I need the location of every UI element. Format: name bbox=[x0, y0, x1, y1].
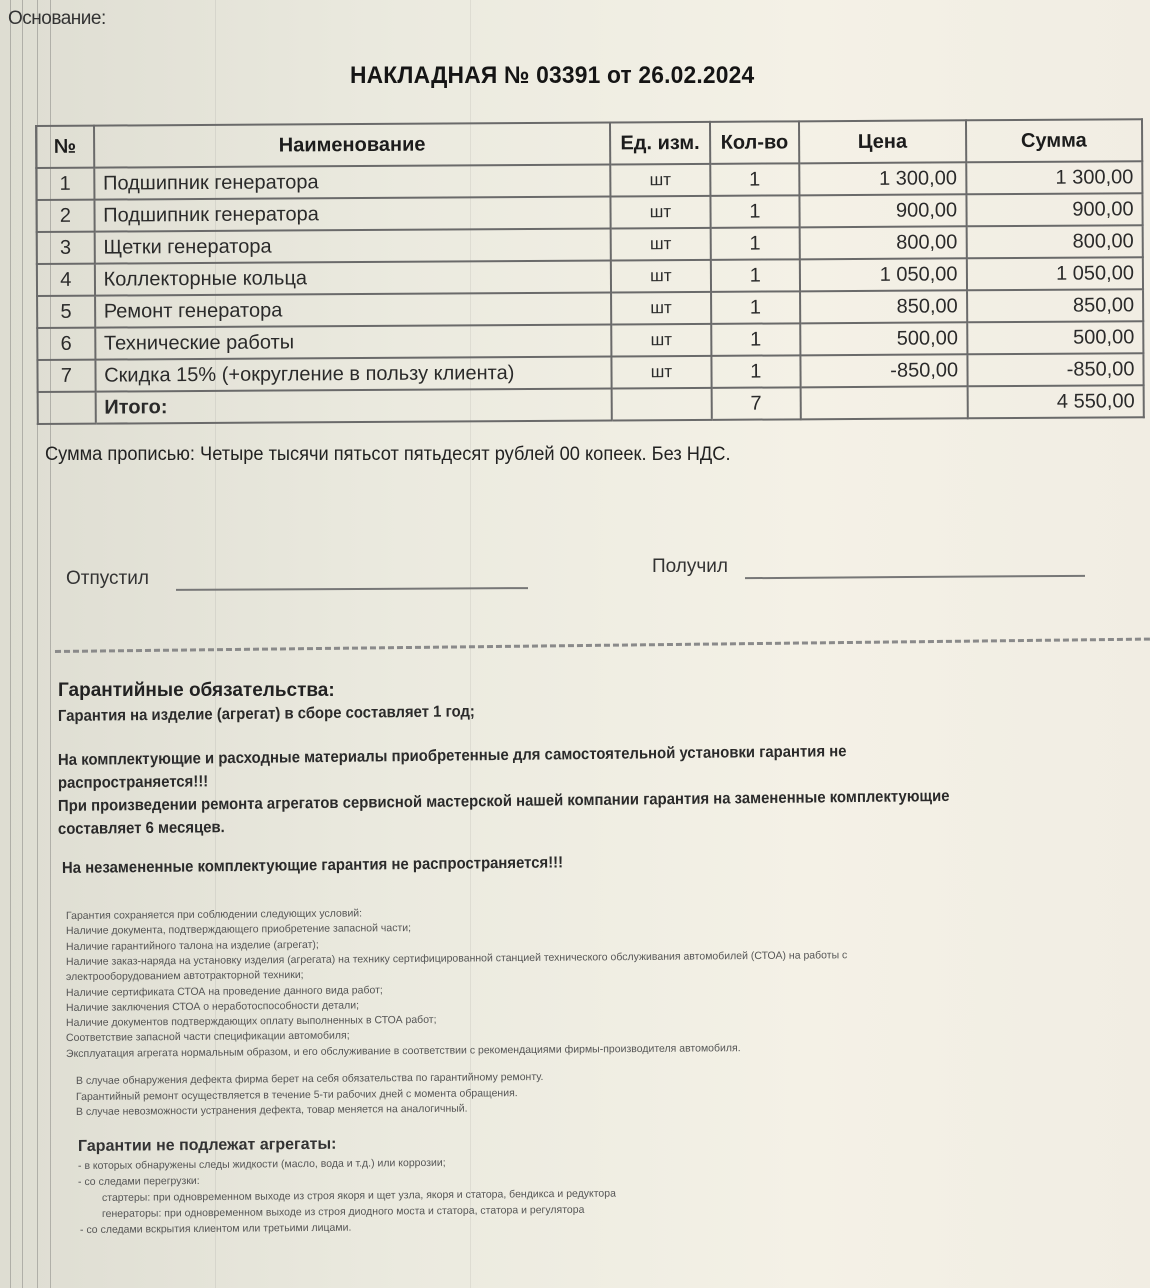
condition-line: Соответствие запасной части спецификации… bbox=[66, 1030, 350, 1044]
cell-qty: 1 bbox=[710, 195, 800, 228]
warranty-p3b: составляет 6 месяцев. bbox=[58, 819, 225, 839]
cell-name: Коллекторные кольца bbox=[95, 260, 612, 295]
cell-qty: 1 bbox=[710, 259, 800, 292]
repair-line: В случае обнаружения дефекта фирма берет… bbox=[76, 1071, 543, 1087]
scan-streak bbox=[22, 0, 23, 1288]
amount-in-words: Сумма прописью: Четыре тысячи пятьсот пя… bbox=[45, 444, 731, 466]
cell-qty: 1 bbox=[710, 163, 800, 196]
cell-unit: шт bbox=[611, 164, 710, 197]
cell-sum: 850,00 bbox=[967, 289, 1144, 322]
warranty-p2b: распространяется!!! bbox=[58, 773, 208, 793]
warranty-p4: На незамененные комплектующие гарантия н… bbox=[62, 854, 563, 878]
cell-name: Технические работы bbox=[95, 324, 612, 359]
cell-qty: 1 bbox=[711, 291, 801, 324]
cell-price: 500,00 bbox=[800, 322, 967, 355]
warranty-heading: Гарантийные обязательства: bbox=[58, 680, 335, 702]
col-header-unit: Ед. изм. bbox=[610, 122, 710, 165]
cell-sum: -850,00 bbox=[967, 353, 1144, 386]
condition-line: Эксплуатация агрегата нормальным образом… bbox=[66, 1042, 741, 1060]
document-title: НАКЛАДНАЯ № 03391 от 26.02.2024 bbox=[350, 62, 754, 90]
cell-name: Ремонт генератора bbox=[95, 292, 612, 327]
cell-qty: 1 bbox=[711, 323, 801, 356]
total-qty: 7 bbox=[711, 387, 801, 420]
cell-no: 2 bbox=[36, 200, 94, 232]
repair-line: В случае невозможности устранения дефект… bbox=[76, 1103, 468, 1118]
cut-line-divider bbox=[55, 638, 1150, 653]
exclusion-line: - со следами перегрузки: bbox=[78, 1175, 200, 1188]
col-header-number: № bbox=[36, 126, 94, 168]
cell-price: 850,00 bbox=[800, 290, 967, 323]
exclusion-line: - в которых обнаружены следы жидкости (м… bbox=[78, 1157, 446, 1172]
col-header-name: Наименование bbox=[94, 122, 611, 167]
total-row: Итого: 7 4 550,00 bbox=[38, 385, 1144, 424]
cell-sum: 900,00 bbox=[966, 193, 1143, 226]
condition-line: Наличие документов подтверждающих оплату… bbox=[66, 1014, 437, 1029]
condition-line: Наличие заключения СТОА о неработоспособ… bbox=[66, 999, 359, 1014]
cell-price: 1 050,00 bbox=[800, 258, 967, 291]
exclusion-line: генераторы: при одновременном выходе из … bbox=[102, 1204, 584, 1220]
cell-price: 900,00 bbox=[800, 194, 967, 227]
condition-line: электрооборудованием автотракторной техн… bbox=[66, 969, 304, 983]
received-signature-line bbox=[745, 575, 1085, 579]
exclusions-heading: Гарантии не подлежат агрегаты: bbox=[78, 1136, 337, 1156]
cell-no: 6 bbox=[37, 328, 95, 360]
invoice-table: № Наименование Ед. изм. Кол-во Цена Сумм… bbox=[35, 118, 1145, 425]
cell-unit: шт bbox=[612, 324, 711, 357]
cell-no: 3 bbox=[37, 232, 95, 264]
cell-name: Подшипник генератора bbox=[94, 196, 611, 231]
cell-name: Щетки генератора bbox=[94, 228, 611, 263]
released-by-label: Отпустил bbox=[66, 568, 149, 590]
cell-no: 5 bbox=[37, 296, 95, 328]
cell-no: 1 bbox=[36, 168, 94, 200]
cell-sum: 1 300,00 bbox=[966, 161, 1143, 194]
scan-streak bbox=[10, 0, 11, 1288]
cell-unit: шт bbox=[611, 196, 710, 229]
col-header-sum: Сумма bbox=[966, 119, 1143, 162]
cell-sum: 800,00 bbox=[966, 225, 1143, 258]
total-label: Итого: bbox=[95, 388, 612, 423]
condition-line: Наличие документа, подтверждающего приоб… bbox=[66, 922, 411, 937]
repair-line: Гарантийный ремонт осуществляется в тече… bbox=[76, 1087, 518, 1103]
cell-unit: шт bbox=[611, 292, 710, 325]
cell-unit: шт bbox=[611, 228, 710, 261]
cell-unit: шт bbox=[611, 260, 710, 293]
cell-no: 7 bbox=[37, 360, 95, 392]
released-signature-line bbox=[176, 587, 528, 591]
warranty-p2a: На комплектующие и расходные материалы п… bbox=[58, 743, 847, 770]
cell-qty: 1 bbox=[711, 355, 801, 388]
cell-price: -850,00 bbox=[800, 354, 967, 387]
cell-price: 800,00 bbox=[800, 226, 967, 259]
cell-name: Скидка 15% (+округление в пользу клиента… bbox=[95, 356, 612, 391]
col-header-price: Цена bbox=[799, 120, 966, 163]
table-header-row: № Наименование Ед. изм. Кол-во Цена Сумм… bbox=[36, 119, 1142, 168]
cell-price: 1 300,00 bbox=[799, 162, 966, 195]
received-by-label: Получил bbox=[652, 556, 728, 578]
cell-name: Подшипник генератора bbox=[94, 164, 611, 199]
cell-sum: 500,00 bbox=[967, 321, 1144, 354]
condition-line: Наличие сертификата СТОА на проведение д… bbox=[66, 984, 383, 999]
warranty-p3a: При произведении ремонта агрегатов серви… bbox=[58, 788, 950, 816]
cell-no: 4 bbox=[37, 264, 95, 296]
warranty-p1: Гарантия на изделие (агрегат) в сборе со… bbox=[58, 703, 475, 726]
cell-sum: 1 050,00 bbox=[966, 257, 1143, 290]
exclusion-line: стартеры: при одновременном выходе из ст… bbox=[102, 1188, 616, 1204]
cell-qty: 1 bbox=[710, 227, 800, 260]
exclusion-line: - со следами вскрытия клиентом или треть… bbox=[80, 1222, 351, 1236]
condition-line: Гарантия сохраняется при соблюдении след… bbox=[66, 907, 362, 922]
basis-label: Основание: bbox=[8, 8, 106, 30]
condition-line: Наличие гарантийного талона на изделие (… bbox=[66, 938, 319, 952]
col-header-qty: Кол-во bbox=[710, 121, 800, 164]
cell-unit: шт bbox=[612, 356, 711, 389]
total-sum: 4 550,00 bbox=[967, 385, 1144, 418]
